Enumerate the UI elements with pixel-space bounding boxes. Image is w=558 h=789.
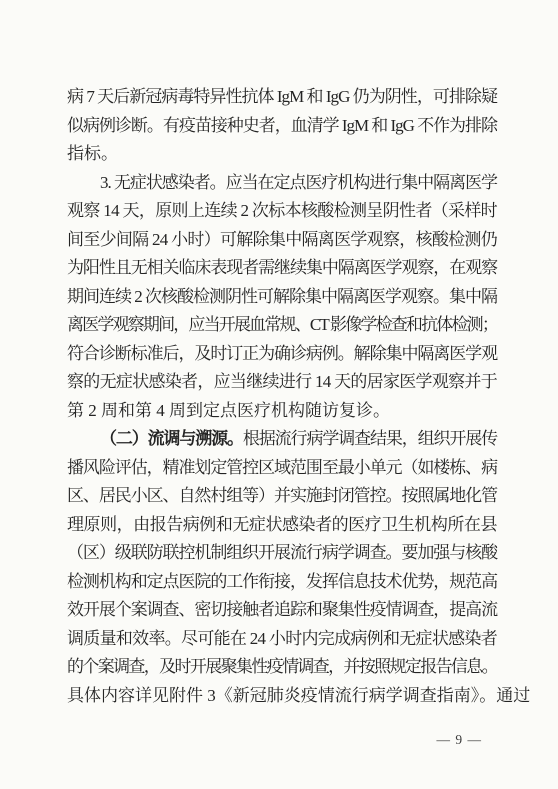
document-page: 病 7 天后新冠病毒特异性抗体 IgM 和 IgG 仍为阴性，可排除疑似病例诊断… — [0, 0, 558, 789]
text-line-content: 观察 14 天，原则上连续 2 次标本核酸检测呈阴性者（采样时 — [67, 201, 497, 220]
text-line: 为阳性且无相关临床表现者需继续集中隔离医学观察，在观察 — [67, 254, 497, 283]
text-line: 的个案调查，及时开展聚集性疫情调查，并按照规定报告信息。 — [67, 653, 497, 682]
text-line-content: 似病例诊断。有疫苗接种史者，血清学 IgM 和 IgG 不作为排除 — [67, 116, 497, 135]
text-line: 指标。 — [67, 140, 497, 169]
text-line: （区）级联防联控机制组织开展流行病学调查。要加强与核酸 — [67, 539, 497, 568]
text-line: 符合诊断标准后，及时订正为确诊病例。解除集中隔离医学观 — [67, 340, 497, 369]
text-line: 效开展个案调查、密切接触者追踪和聚集性疫情调查，提高流 — [67, 596, 497, 625]
text-line: 察的无症状感染者，应当继续进行 14 天的居家医学观察并于 — [67, 368, 497, 397]
text-line-content: 间至少间隔 24 小时）可解除集中隔离医学观察，核酸检测仍 — [67, 230, 497, 249]
text-line-content: 第 2 周和第 4 周到定点医疗机构随访复诊。 — [67, 401, 390, 420]
text-line: 病 7 天后新冠病毒特异性抗体 IgM 和 IgG 仍为阴性，可排除疑 — [67, 83, 497, 112]
text-line: 间至少间隔 24 小时）可解除集中隔离医学观察，核酸检测仍 — [67, 226, 497, 255]
text-line: 播风险评估，精准划定管控区域范围至最小单元（如楼栋、病 — [67, 454, 497, 483]
text-line-content: 期间连续 2 次核酸检测阴性可解除集中隔离医学观察。集中隔 — [67, 287, 497, 306]
text-line-content: 病 7 天后新冠病毒特异性抗体 IgM 和 IgG 仍为阴性，可排除疑 — [67, 87, 497, 106]
text-line-content: 检测机构和定点医院的工作衔接，发挥信息技术优势，规范高 — [67, 572, 497, 591]
text-line-content: 区、居民小区、自然村组等）并实施封闭管控。按照属地化管 — [67, 486, 497, 505]
text-line: （二）流调与溯源。根据流行病学调查结果，组织开展传 — [67, 425, 497, 454]
text-line-content: （二）流调与溯源。根据流行病学调查结果，组织开展传 — [100, 429, 497, 448]
text-line: 3. 无症状感染者。应当在定点医疗机构进行集中隔离医学 — [67, 169, 497, 198]
text-line-content: 播风险评估，精准划定管控区域范围至最小单元（如楼栋、病 — [67, 458, 497, 477]
text-line-content: 符合诊断标准后，及时订正为确诊病例。解除集中隔离医学观 — [67, 344, 497, 363]
text-line-content: 为阳性且无相关临床表现者需继续集中隔离医学观察，在观察 — [67, 258, 497, 277]
text-line-content: 效开展个案调查、密切接触者追踪和聚集性疫情调查，提高流 — [67, 600, 497, 619]
text-line-content: 察的无症状感染者，应当继续进行 14 天的居家医学观察并于 — [67, 372, 497, 391]
text-line: 观察 14 天，原则上连续 2 次标本核酸检测呈阴性者（采样时 — [67, 197, 497, 226]
text-line-content: 理原则，由报告病例和无症状感染者的医疗卫生机构所在县 — [67, 515, 497, 534]
text-line: 调质量和效率。尽可能在 24 小时内完成病例和无症状感染者 — [67, 625, 497, 654]
paragraph-lead: （二）流调与溯源。 — [100, 429, 243, 448]
text-line-content: 指标。 — [67, 144, 118, 163]
text-line: 区、居民小区、自然村组等）并实施封闭管控。按照属地化管 — [67, 482, 497, 511]
text-line: 检测机构和定点医院的工作衔接，发挥信息技术优势，规范高 — [67, 568, 497, 597]
text-line-content: （区）级联防联控机制组织开展流行病学调查。要加强与核酸 — [67, 543, 497, 562]
text-line: 第 2 周和第 4 周到定点医疗机构随访复诊。 — [67, 397, 497, 426]
text-line-content: 具体内容详见附件 3《新冠肺炎疫情流行病学调查指南》。通过 — [67, 686, 530, 705]
text-line-content: 的个案调查，及时开展聚集性疫情调查，并按照规定报告信息。 — [67, 657, 497, 676]
text-line: 离医学观察期间，应当开展血常规、CT 影像学检查和抗体检测； — [67, 311, 497, 340]
text-line: 具体内容详见附件 3《新冠肺炎疫情流行病学调查指南》。通过 — [67, 682, 497, 711]
text-line-content: 调质量和效率。尽可能在 24 小时内完成病例和无症状感染者 — [67, 629, 497, 648]
body-text: 病 7 天后新冠病毒特异性抗体 IgM 和 IgG 仍为阴性，可排除疑似病例诊断… — [67, 83, 497, 710]
text-line: 期间连续 2 次核酸检测阴性可解除集中隔离医学观察。集中隔 — [67, 283, 497, 312]
text-line: 理原则，由报告病例和无症状感染者的医疗卫生机构所在县 — [67, 511, 497, 540]
text-line-content: 离医学观察期间，应当开展血常规、CT 影像学检查和抗体检测； — [67, 315, 497, 334]
page-number: — 9 — — [437, 732, 483, 748]
text-line-content: 3. 无症状感染者。应当在定点医疗机构进行集中隔离医学 — [100, 173, 497, 192]
text-line: 似病例诊断。有疫苗接种史者，血清学 IgM 和 IgG 不作为排除 — [67, 112, 497, 141]
